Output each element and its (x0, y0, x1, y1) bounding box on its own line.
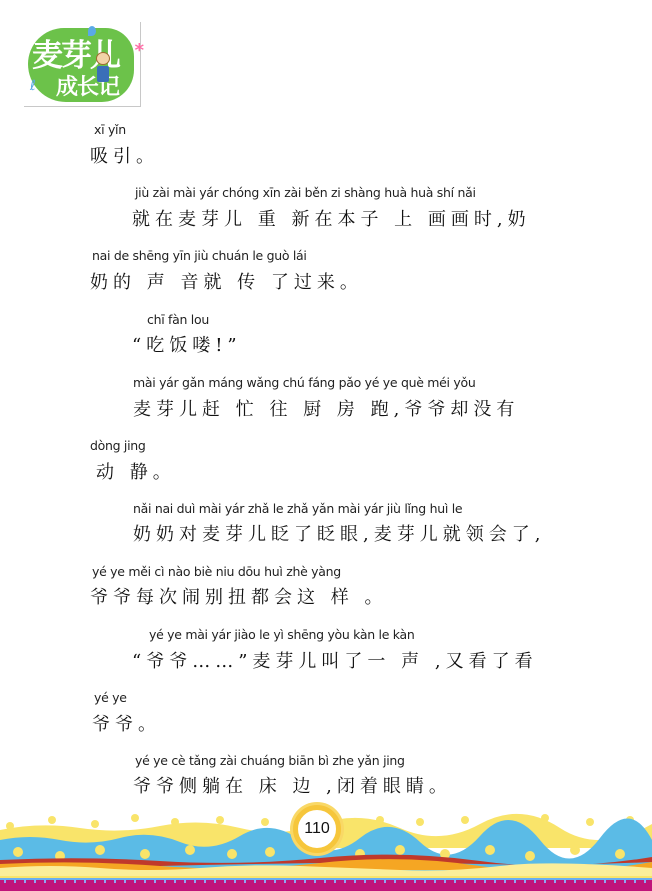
pinyin-line-7: nǎi nai duì mài yár zhǎ le zhǎ yǎn mài y… (133, 501, 462, 516)
hanzi-line-6: 动 静。 (96, 458, 176, 484)
hanzi-line-7: 奶奶对麦芽儿眨了眨眼,麦芽儿就领会了, (133, 520, 545, 546)
star-icon: * (135, 40, 144, 61)
hanzi-line-1: 吸引。 (90, 142, 159, 168)
pinyin-line-3: nai de shēng yīn jiù chuán le guò lái (92, 248, 307, 263)
hanzi-line-10: 爷爷。 (92, 710, 161, 736)
hanzi-line-9: “爷爷……”麦芽儿叫了一 声 ,又看了看 (132, 647, 538, 673)
page-number-badge: 110 (293, 805, 341, 853)
hanzi-line-8: 爷爷每次闹别扭都会这 样 。 (90, 583, 387, 609)
girl-character-icon (96, 52, 110, 82)
pinyin-line-2: jiù zài mài yár chóng xīn zài běn zi shà… (135, 185, 476, 200)
hanzi-line-11: 爷爷侧躺在 床 边 ,闭着眼睛。 (133, 772, 452, 798)
pinyin-line-1: xī yǐn (94, 122, 126, 137)
hanzi-line-5: 麦芽儿赶 忙 往 厨 房 跑,爷爷却没有 (133, 395, 519, 421)
page-number: 110 (304, 820, 330, 838)
pinyin-line-4: chī fàn lou (147, 312, 209, 327)
hanzi-line-3: 奶的 声 音就 传 了过来。 (90, 268, 363, 294)
pinyin-line-10: yé ye (94, 690, 127, 705)
pinyin-line-9: yé ye mài yár jiào le yì shēng yòu kàn l… (149, 627, 415, 642)
pinyin-line-5: mài yár gǎn máng wǎng chú fáng pǎo yé ye… (133, 375, 475, 390)
pinyin-line-6: dòng jing (90, 438, 146, 453)
pinyin-line-11: yé ye cè tǎng zài chuáng biān bì zhe yǎn… (135, 753, 405, 768)
hanzi-line-2: 就在麦芽儿 重 新在本子 上 画画时,奶 (132, 205, 531, 231)
book-logo: 麦芽儿 成长记 * ℓ (24, 22, 141, 107)
swirl-icon: ℓ (30, 78, 36, 94)
pinyin-line-8: yé ye měi cì nào biè niu dōu huì zhè yàn… (92, 564, 341, 579)
hanzi-line-4: “吃饭喽!” (132, 331, 242, 357)
